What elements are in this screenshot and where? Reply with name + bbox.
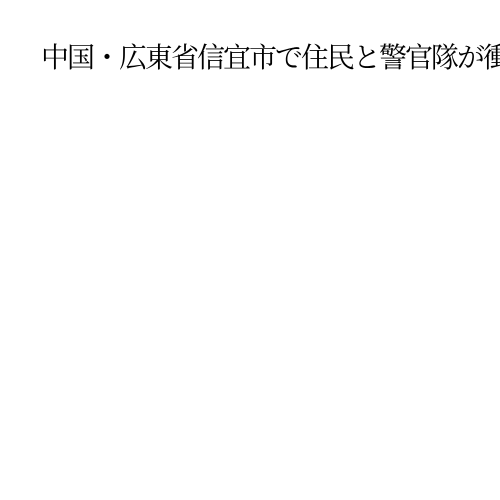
- article-title: 中国・広東省信宜市で住民と警官隊が衝: [41, 42, 500, 76]
- article-page: 中国・広東省信宜市で住民と警官隊が衝: [0, 0, 500, 500]
